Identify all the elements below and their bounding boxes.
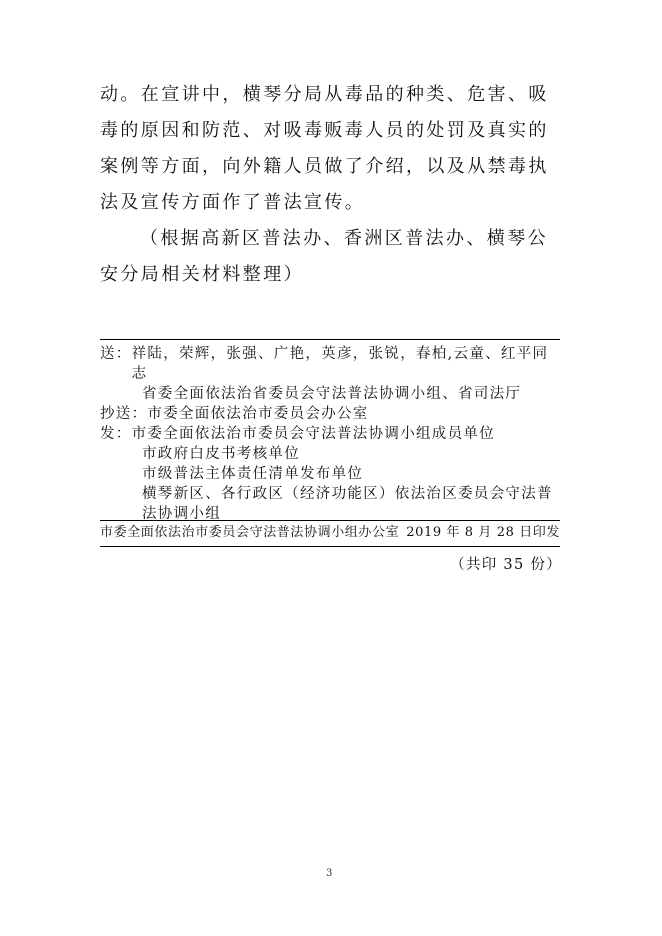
- issue-row: 发： 市委全面依法治市委员会守法普法协调小组成员单位: [100, 424, 562, 444]
- issue-recipients-1: 市委全面依法治市委员会守法普法协调小组成员单位: [132, 424, 495, 444]
- footer-bottom-divider: [100, 546, 560, 547]
- issue-row-4: 横琴新区、各行政区（经济功能区）依法治区委员会守法普法协调小组: [100, 484, 562, 524]
- body-paragraph-1: 动。在宣讲中，横琴分局从毒品的种类、危害、吸毒的原因和防范、对吸毒贩毒人员的处罚…: [100, 77, 562, 221]
- issuer: 市委全面依法治市委员会守法普法协调小组办公室: [100, 524, 399, 542]
- body-paragraph-source-note: （根据高新区普法办、香洲区普法办、横琴公安分局相关材料整理）: [100, 221, 562, 293]
- send-row: 送： 祥陆，荣辉，张强、广艳，英彦，张锐，春柏,云童、红平同志: [100, 344, 562, 384]
- cc-row: 抄送： 市委全面依法治市委员会办公室: [100, 404, 562, 424]
- cc-recipients: 市委全面依法治市委员会办公室: [147, 404, 368, 424]
- page-number: 3: [326, 868, 332, 879]
- issuance-line: 市委全面依法治市委员会守法普法协调小组办公室 2019 年 8 月 28 日印发: [100, 524, 560, 542]
- top-divider: [100, 339, 560, 340]
- send-row-2: 省委全面依法治省委员会守法普法协调小组、省司法厅: [100, 384, 562, 404]
- copies-count: （共印 35 份）: [450, 553, 562, 574]
- issue-row-2: 市政府白皮书考核单位: [100, 444, 562, 464]
- issue-recipients-3: 市级普法主体责任清单发布单位: [142, 464, 363, 484]
- send-recipients-2: 省委全面依法治省委员会守法普法协调小组、省司法厅: [142, 384, 521, 404]
- issue-date: 2019 年 8 月 28 日印发: [406, 524, 560, 542]
- cc-label: 抄送：: [100, 404, 147, 424]
- footer-top-divider: [100, 520, 560, 521]
- distribution-list: 送： 祥陆，荣辉，张强、广艳，英彦，张锐，春柏,云童、红平同志 省委全面依法治省…: [100, 344, 562, 524]
- issue-recipients-2: 市政府白皮书考核单位: [142, 444, 300, 464]
- issue-row-3: 市级普法主体责任清单发布单位: [100, 464, 562, 484]
- issue-recipients-4: 横琴新区、各行政区（经济功能区）依法治区委员会守法普法协调小组: [142, 484, 562, 524]
- send-label: 送：: [100, 344, 132, 384]
- issue-label: 发：: [100, 424, 132, 444]
- send-recipients: 祥陆，荣辉，张强、广艳，英彦，张锐，春柏,云童、红平同志: [132, 344, 562, 384]
